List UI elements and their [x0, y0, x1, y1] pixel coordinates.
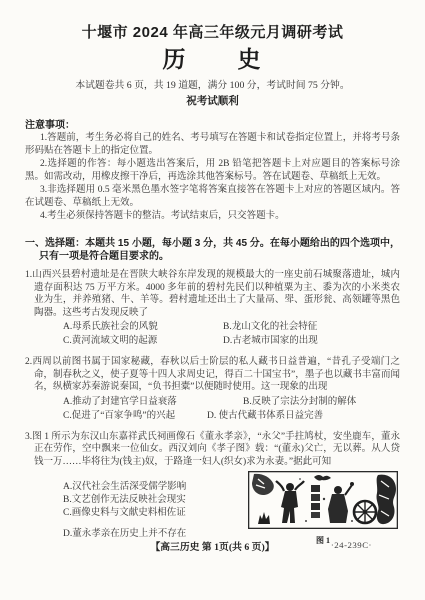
question-3-body: A.汉代社会生活深受儒学影响 B.文艺创作无法反映社会现实 C.画像史料与文献史…	[25, 468, 400, 545]
exam-wish-line: 祝考试顺利	[25, 95, 400, 108]
q1-option-d: D.古老城市国家的出现	[223, 336, 318, 347]
q2-option-a: A.推动了封建官学日益衰落	[63, 397, 243, 408]
question-1-options-row-2: C.黄河流域文明的起源 D.古老城市国家的出现	[63, 336, 400, 347]
footer-paper-code: ·24-239C·	[331, 540, 372, 550]
question-1-options-row-1: A.母系氏族社会的风貌 B.龙山文化的社会特征	[63, 322, 400, 333]
q1-option-a: A.母系氏族社会的风貌	[63, 322, 223, 333]
notice-item-3: 3.非选择题用 0.5 毫米黑色墨水签字笔将答案直接答在答题卡上对应的答题区域内…	[25, 184, 400, 210]
exam-subject: 历 史	[25, 46, 400, 72]
notice-item-4: 4.考生必须保持答题卡的整洁。考试结束后，只交答题卡。	[25, 210, 400, 223]
q1-option-c: C.黄河流域文明的起源	[63, 336, 223, 347]
question-2-options-row-2: C.促进了“百家争鸣”的兴起 D. 使古代藏书体系日益完善	[63, 411, 400, 422]
q3-option-c: C.画像史料与文献史料相佐证	[63, 507, 248, 519]
q3-option-a: A.汉代社会生活深受儒学影响	[63, 481, 248, 493]
question-1: 1.山西兴县碧村遗址是在晋陕大峡谷东岸发现的规模最大的一座史前石城聚落遗址，城内…	[25, 269, 400, 347]
exam-page: 十堰市 2024 年高三年级元月调研考试 历 史 本试题卷共 6 页，共 19 …	[0, 0, 425, 600]
section-heading-choice: 一、选择题：本题共 15 小题，每小题 3 分，共 45 分。在每小题给出的四个…	[25, 237, 400, 263]
q3-option-b: B.文艺创作无法反映社会现实	[63, 494, 248, 506]
notice-item-1: 1.答题前，考生务必将自己的姓名、考号填写在答题卡和试卷指定位置上，并将考号条形…	[25, 132, 400, 158]
question-1-stem: 1.山西兴县碧村遗址是在晋陕大峡谷东岸发现的规模最大的一座史前石城聚落遗址，城内…	[25, 269, 400, 319]
question-3: 3.图 1 所示为东汉山东嘉祥武氏祠画像石《董永孝亲》，“永父”手拄鸠杖，安坐鹿…	[25, 431, 400, 546]
q2-option-d: D. 使古代藏书体系日益完善	[207, 411, 323, 422]
question-2-options-row-1: A.推动了封建官学日益衰落 B.反映了宗法分封制的解体	[63, 397, 400, 408]
page-footer: 【高三历史 第 1页(共 6 页)】 ·24-239C·	[0, 539, 425, 555]
question-3-stem: 3.图 1 所示为东汉山东嘉祥武氏祠画像石《董永孝亲》，“永父”手拄鸠杖，安坐鹿…	[25, 431, 400, 469]
notice-item-2: 2.选择题的作答：每小题选出答案后，用 2B 铅笔把答题卡上对应题目的答案标号涂…	[25, 158, 400, 184]
q2-option-c: C.促进了“百家争鸣”的兴起	[63, 411, 207, 422]
question-2-stem: 2.西周以前图书属于国家秘藏，春秋以后士阶层的私人藏书日益普遍，“昔孔子受端门之…	[25, 356, 400, 394]
exam-info-line: 本试题卷共 6 页，共 19 道题，满分 100 分，考试时间 75 分钟。	[25, 79, 400, 92]
question-3-options: A.汉代社会生活深受儒学影响 B.文艺创作无法反映社会现实 C.画像史料与文献史…	[63, 481, 248, 541]
exam-title: 十堰市 2024 年高三年级元月调研考试	[25, 24, 400, 41]
question-2: 2.西周以前图书属于国家秘藏，春秋以后士阶层的私人藏书日益普遍，“昔孔子受端门之…	[25, 356, 400, 422]
figure-1-block: 图 1	[248, 471, 398, 545]
stone-relief-image	[248, 471, 398, 529]
q2-option-b: B.反映了宗法分封制的解体	[243, 397, 356, 408]
q1-option-b: B.龙山文化的社会特征	[223, 322, 317, 333]
notices-section: 注意事项： 1.答题前，考生务必将自己的姓名、考号填写在答题卡和试卷指定位置上，…	[25, 119, 400, 223]
notices-heading: 注意事项：	[25, 119, 400, 132]
